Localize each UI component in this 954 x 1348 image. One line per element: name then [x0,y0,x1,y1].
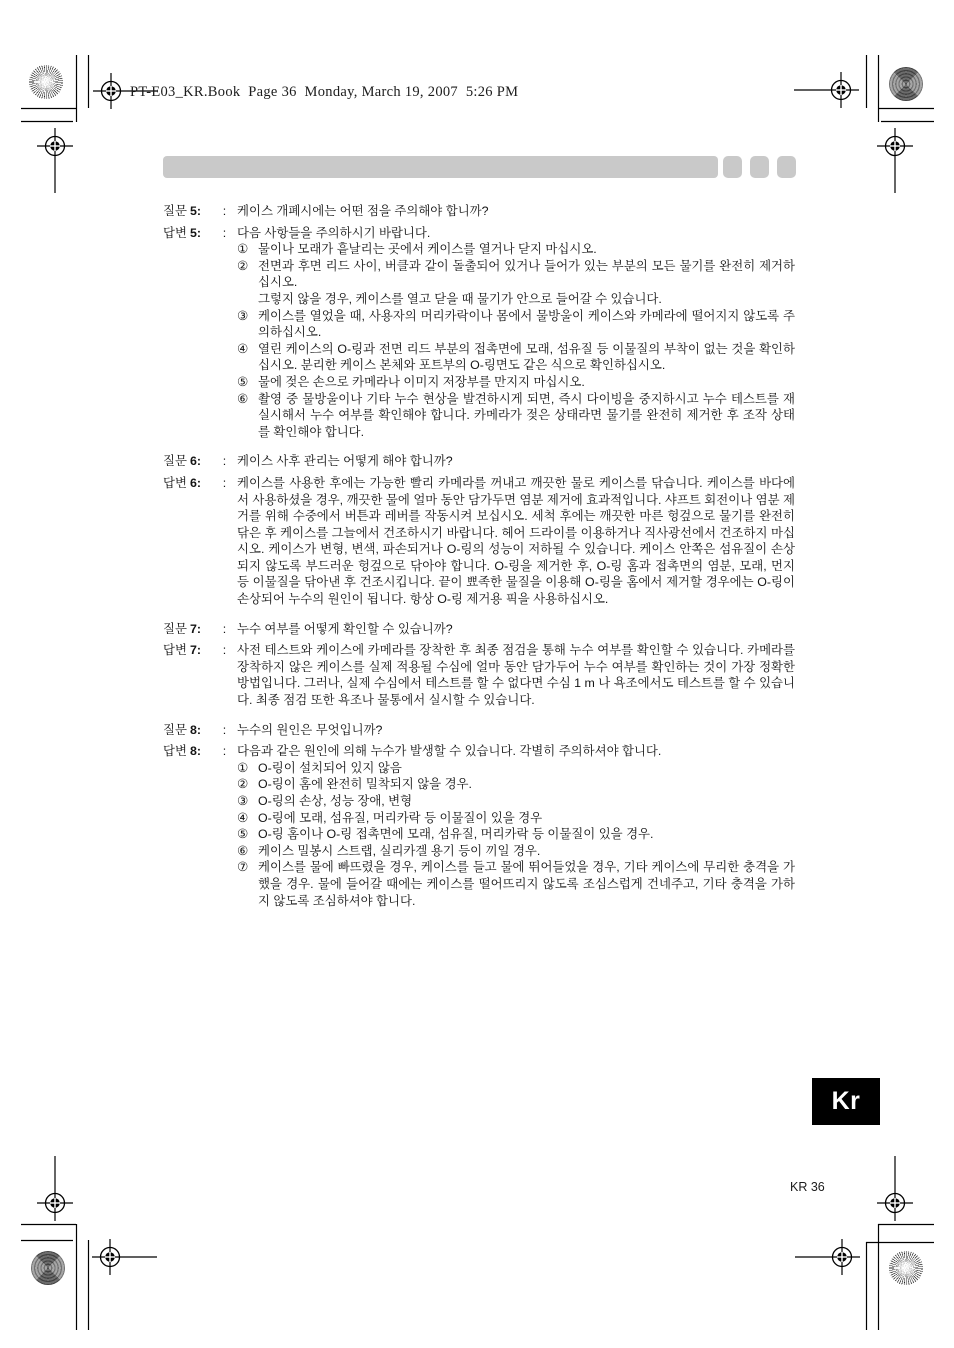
item-number: ⑥ [237,843,258,860]
separator-colon: : [212,621,237,638]
separator-colon: : [212,642,237,659]
answer-body: 다음 사항들을 주의하시기 바랍니다. ① 물이나 모래가 흩날리는 곳에서 케… [237,225,795,441]
item-number: ⑦ [237,859,258,876]
answer-row: 답변6: : 케이스를 사용한 후에는 가능한 빨리 카메라를 꺼내고 깨끗한 … [163,475,795,608]
answer-paragraph: 사전 테스트와 케이스에 카메라를 장착한 후 최종 점검을 통해 누수 여부를… [237,642,795,708]
question-label: 질문6: [163,453,212,470]
item-number: ③ [237,793,258,810]
separator-colon: : [212,743,237,760]
banner-square [777,156,796,178]
item-text: O-링이 설치되어 있지 않음 [258,760,795,777]
question-text: 누수의 원인은 무엇입니까? [237,722,795,739]
item-number: ④ [237,810,258,827]
qa-section: 질문7: : 누수 여부를 어떻게 확인할 수 있습니까? 답변7: : 사전 … [163,621,795,709]
question-label: 질문5: [163,203,212,220]
answer-list-item: ⑤ 물에 젖은 손으로 카메라나 이미지 저장부를 만지지 마십시오. [237,374,795,391]
question-row: 질문5: : 케이스 개폐시에는 어떤 점을 주의해야 합니까? [163,203,795,220]
item-number: ⑥ [237,391,258,408]
banner-square [723,156,742,178]
answer-list-item: ⑥ 케이스 밀봉시 스트랩, 실리카겔 용기 등이 끼일 경우. [237,843,795,860]
answer-list-item: ④ O-링에 모래, 섬유질, 머리카락 등 이물질이 있을 경우 [237,810,795,827]
item-text: 케이스를 열었을 때, 사용자의 머리카락이나 몸에서 물방울이 케이스와 카메… [258,308,795,341]
answer-list-item: ① O-링이 설치되어 있지 않음 [237,760,795,777]
item-text: 물이나 모래가 흩날리는 곳에서 케이스를 열거나 닫지 마십시오. [258,241,795,258]
item-text: O-링 홈이나 O-링 접촉면에 모래, 섬유질, 머리카락 등 이물질이 있을… [258,826,795,843]
item-text: 촬영 중 물방울이나 기타 누수 현상을 발견하시게 되면, 즉시 다이빙을 중… [258,391,795,441]
pinwheel-target-icon [889,1251,923,1285]
answer-list-item: ④ 열린 케이스의 O-링과 전면 리드 부분의 접촉면에 모래, 섬유질 등 … [237,341,795,374]
separator-colon: : [212,203,237,220]
banner-square [750,156,769,178]
item-text: O-링의 손상, 성능 장애, 변형 [258,793,795,810]
answer-list-item: ② O-링이 홈에 완전히 밀착되지 않을 경우. [237,776,795,793]
item-number: ② [237,776,258,793]
answer-label: 답변8: [163,743,212,760]
page-number: KR 36 [790,1180,825,1194]
item-text: 열린 케이스의 O-링과 전면 리드 부분의 접촉면에 모래, 섬유질 등 이물… [258,341,795,374]
question-label: 질문8: [163,722,212,739]
item-number: ① [237,760,258,777]
document-page: PT-E03_KR.Book Page 36 Monday, March 19,… [0,0,954,1348]
item-text: O-링이 홈에 완전히 밀착되지 않을 경우. [258,776,795,793]
item-text: O-링에 모래, 섬유질, 머리카락 등 이물질이 있을 경우 [258,810,795,827]
item-number: ⑤ [237,826,258,843]
answer-body: 사전 테스트와 케이스에 카메라를 장착한 후 최종 점검을 통해 누수 여부를… [237,642,795,708]
qa-list: 질문5: : 케이스 개폐시에는 어떤 점을 주의해야 합니까? 답변5: : … [163,203,795,922]
question-row: 질문8: : 누수의 원인은 무엇입니까? [163,722,795,739]
separator-colon: : [212,225,237,242]
item-text: 전면과 후면 리드 사이, 버클과 같이 돌출되어 있거나 들어가 있는 부분의… [258,258,795,308]
answer-list-item: ② 전면과 후면 리드 사이, 버클과 같이 돌출되어 있거나 들어가 있는 부… [237,258,795,308]
item-text: 물에 젖은 손으로 카메라나 이미지 저장부를 만지지 마십시오. [258,374,795,391]
question-label: 질문7: [163,621,212,638]
item-number: ④ [237,341,258,358]
pinwheel-target-icon [29,65,63,99]
answer-label: 답변5: [163,225,212,242]
separator-colon: : [212,722,237,739]
item-number: ⑤ [237,374,258,391]
answer-intro: 다음 사항들을 주의하시기 바랍니다. [237,225,795,242]
qa-section: 질문8: : 누수의 원인은 무엇입니까? 답변8: : 다음과 같은 원인에 … [163,722,795,910]
item-number: ③ [237,308,258,325]
answer-row: 답변8: : 다음과 같은 원인에 의해 누수가 발생할 수 있습니다. 각별히… [163,743,795,909]
moire-target-icon [31,1251,65,1285]
question-row: 질문6: : 케이스 사후 관리는 어떻게 해야 합니까? [163,453,795,470]
answer-row: 답변7: : 사전 테스트와 케이스에 카메라를 장착한 후 최종 점검을 통해… [163,642,795,708]
answer-row: 답변5: : 다음 사항들을 주의하시기 바랍니다. ① 물이나 모래가 흩날리… [163,225,795,441]
answer-label: 답변6: [163,475,212,492]
question-text: 케이스 사후 관리는 어떻게 해야 합니까? [237,453,795,470]
moire-target-icon [889,67,923,101]
question-text: 케이스 개폐시에는 어떤 점을 주의해야 합니까? [237,203,795,220]
answer-intro: 다음과 같은 원인에 의해 누수가 발생할 수 있습니다. 각별히 주의하셔야 … [237,743,795,760]
answer-list-item: ① 물이나 모래가 흩날리는 곳에서 케이스를 열거나 닫지 마십시오. [237,241,795,258]
answer-items: ① O-링이 설치되어 있지 않음 ② O-링이 홈에 완전히 밀착되지 않을 … [237,760,795,909]
answer-list-item: ③ O-링의 손상, 성능 장애, 변형 [237,793,795,810]
qa-section: 질문5: : 케이스 개폐시에는 어떤 점을 주의해야 합니까? 답변5: : … [163,203,795,440]
separator-colon: : [212,453,237,470]
qa-section: 질문6: : 케이스 사후 관리는 어떻게 해야 합니까? 답변6: : 케이스… [163,453,795,607]
answer-list-item: ⑥ 촬영 중 물방울이나 기타 누수 현상을 발견하시게 되면, 즉시 다이빙을… [237,391,795,441]
item-number: ② [237,258,258,275]
answer-list-item: ⑤ O-링 홈이나 O-링 접촉면에 모래, 섬유질, 머리카락 등 이물질이 … [237,826,795,843]
document-header: PT-E03_KR.Book Page 36 Monday, March 19,… [130,84,518,101]
answer-body: 케이스를 사용한 후에는 가능한 빨리 카메라를 꺼내고 깨끗한 물로 케이스를… [237,475,795,608]
answer-list-item: ③ 케이스를 열었을 때, 사용자의 머리카락이나 몸에서 물방울이 케이스와 … [237,308,795,341]
answer-paragraph: 케이스를 사용한 후에는 가능한 빨리 카메라를 꺼내고 깨끗한 물로 케이스를… [237,475,795,608]
item-number: ① [237,241,258,258]
question-text: 누수 여부를 어떻게 확인할 수 있습니까? [237,621,795,638]
answer-items: ① 물이나 모래가 흩날리는 곳에서 케이스를 열거나 닫지 마십시오. ② 전… [237,241,795,440]
answer-list-item: ⑦ 케이스를 물에 빠뜨렸을 경우, 케이스를 들고 물에 뛰어들었을 경우, … [237,859,795,909]
title-banner [163,156,718,178]
answer-label: 답변7: [163,642,212,659]
language-badge: Kr [812,1078,880,1125]
item-text: 케이스 밀봉시 스트랩, 실리카겔 용기 등이 끼일 경우. [258,843,795,860]
item-text: 케이스를 물에 빠뜨렸을 경우, 케이스를 들고 물에 뛰어들었을 경우, 기타… [258,859,795,909]
separator-colon: : [212,475,237,492]
answer-body: 다음과 같은 원인에 의해 누수가 발생할 수 있습니다. 각별히 주의하셔야 … [237,743,795,909]
question-row: 질문7: : 누수 여부를 어떻게 확인할 수 있습니까? [163,621,795,638]
